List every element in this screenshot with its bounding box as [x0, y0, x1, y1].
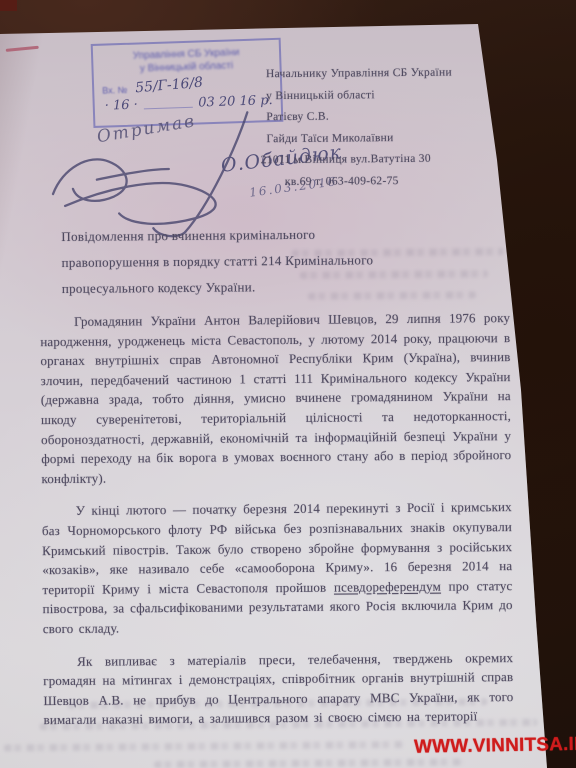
bleed-through-text	[308, 291, 476, 299]
recipient-line: 21011 м.Вінниця вул.Ватутіна 30	[261, 148, 532, 172]
stamp-reg-row: Вх. № 55/Г-16/8	[94, 74, 280, 96]
photo-background: Управління СБ України у Вінницькій облас…	[0, 0, 576, 768]
stamp-reg-label: Вх. №	[102, 85, 127, 96]
photo-corner-artifact	[0, 0, 17, 11]
recipient-line: у Вінницькій області	[266, 83, 531, 107]
pen-mark	[6, 46, 39, 52]
body-paragraph: Громадянин України Антон Валерійович Шев…	[40, 308, 512, 488]
stamp-reg-number-handwritten: 55/Г-16/8	[135, 75, 204, 97]
recipient-line: Начальнику Управління СБ України	[266, 62, 531, 86]
watermark: WWW.VINNITSA.INFO	[414, 733, 576, 759]
document-title: Повідомлення про вчинення кримінального …	[61, 221, 402, 302]
bleed-through-text	[154, 758, 464, 768]
body-paragraph: Як випливає з матеріалів преси, телебаче…	[43, 648, 514, 730]
bleed-through-text	[300, 270, 488, 279]
document-body: Громадянин України Антон Валерійович Шев…	[40, 308, 514, 743]
recipient-line: Ратієву С.В.	[266, 105, 531, 129]
bleed-through-text	[292, 248, 504, 257]
recipient-line: кв.69 т. 063-409-62-75	[285, 169, 532, 193]
underlined-word: псевдореферендум	[334, 578, 441, 594]
title-line: Повідомлення про вчинення кримінального	[61, 221, 401, 250]
document-content: Управління СБ України у Вінницькій облас…	[0, 0, 576, 768]
recipient-block: Начальнику Управління СБ України у Вінни…	[266, 62, 532, 193]
recipient-line: Гайди Таїси Миколаївни	[266, 126, 531, 150]
document-paper: Управління СБ України у Вінницькій облас…	[0, 0, 576, 768]
body-paragraph: У кінці лютого — початку березня 2014 пе…	[42, 497, 513, 638]
